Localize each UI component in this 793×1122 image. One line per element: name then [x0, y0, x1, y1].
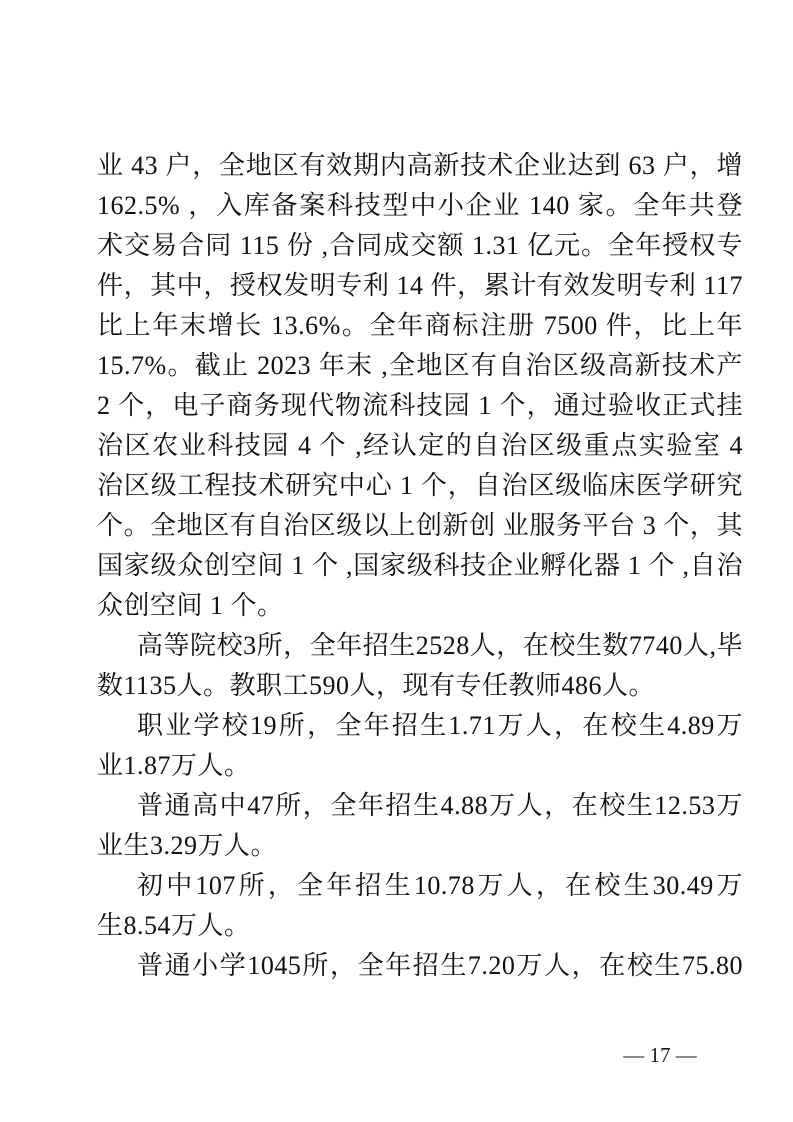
text-line: 业1.87万人。: [97, 746, 743, 786]
body-text-block: 业 43 户，全地区有效期内高新技术企业达到 63 户，增长 162.5% ，入…: [97, 146, 743, 986]
text-line: 治区级工程技术研究中心 1 个，自治区级临床医学研究中心 1: [97, 466, 743, 506]
text-line: 个。全地区有自治区级以上创新创 业服务平台 3 个，其中：: [97, 506, 743, 546]
document-page: 业 43 户，全地区有效期内高新技术企业达到 63 户，增长 162.5% ，入…: [0, 0, 793, 1122]
page-number: — 17 —: [585, 1040, 735, 1070]
text-line: 国家级众创空间 1 个 ,国家级科技企业孵化器 1 个 ,自治区级: [97, 546, 743, 586]
text-line: 治区农业科技园 4 个 ,经认定的自治区级重点实验室 4 个 ,自: [97, 426, 743, 466]
text-line: 2 个，电子商务现代物流科技园 1 个，通过验收正式挂牌的自: [97, 386, 743, 426]
text-line: 普通高中47所，全年招生4.88万人，在校生12.53万人，毕: [97, 786, 743, 826]
text-line: 件，其中，授权发明专利 14 件，累计有效发明专利 117 件，: [97, 266, 743, 306]
text-line: 众创空间 1 个。: [97, 586, 743, 626]
text-line: 比上年末增长 13.6%。全年商标注册 7500 件，比上年增长: [97, 306, 743, 346]
text-line: 业生3.29万人。: [97, 826, 743, 866]
text-line: 生8.54万人。: [97, 906, 743, 946]
text-line: 数1135人。教职工590人，现有专任教师486人。: [97, 666, 743, 706]
text-line: 15.7%。截止 2023 年末 ,全地区有自治区级高新技术产业园区: [97, 346, 743, 386]
text-line: 业 43 户，全地区有效期内高新技术企业达到 63 户，增长: [97, 146, 743, 186]
text-line: 职业学校19所，全年招生1.71万人，在校生4.89万人，毕: [97, 706, 743, 746]
text-line: 普通小学1045所，全年招生7.20万人，在校生75.80万人，: [97, 946, 743, 986]
text-line: 术交易合同 115 份 ,合同成交额 1.31 亿元。全年授权专利 1375: [97, 226, 743, 266]
text-line: 初中107所，全年招生10.78万人，在校生30.49万人，毕业: [97, 866, 743, 906]
text-line: 高等院校3所，全年招生2528人，在校生数7740人,毕业生: [97, 626, 743, 666]
text-line: 162.5% ，入库备案科技型中小企业 140 家。全年共登记认定技: [97, 186, 743, 226]
